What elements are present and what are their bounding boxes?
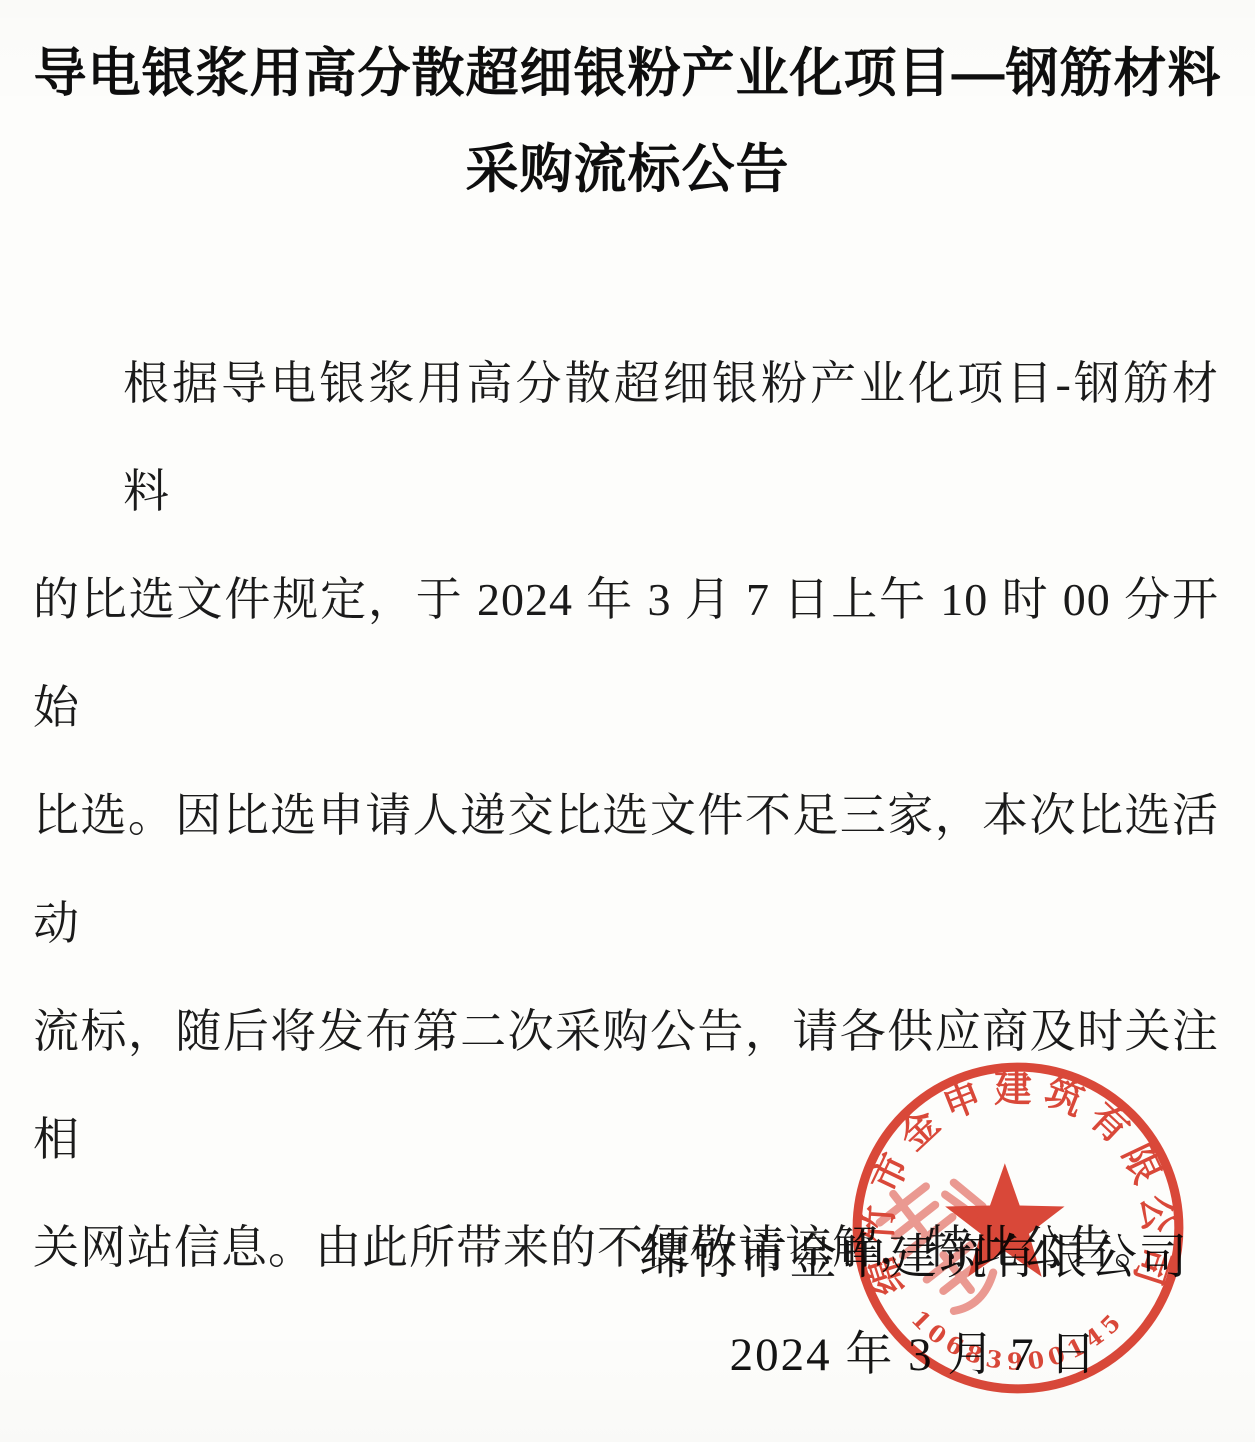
issue-date: 2024 年 3 月 7 日: [639, 1317, 1189, 1384]
body-line: 根据导电银浆用高分散超细银粉产业化项目-钢筋材料: [33, 330, 1219, 546]
company-name: 绵竹市金申建筑有限公司: [639, 1218, 1189, 1287]
body-line: 的比选文件规定，于 2024 年 3 月 7 日上午 10 时 00 分开始: [33, 546, 1219, 762]
doc-title-line2: 采购流标公告: [10, 122, 1245, 218]
signature-block: 绵竹市金申建筑有限公司 2024 年 3 月 7 日: [639, 1218, 1189, 1384]
document-page: 导电银浆用高分散超细银粉产业化项目—钢筋材料 采购流标公告 根据导电银浆用高分散…: [0, 0, 1255, 1442]
document-title: 导电银浆用高分散超细银粉产业化项目—钢筋材料 采购流标公告: [10, 26, 1245, 218]
body-line: 比选。因比选申请人递交比选文件不足三家，本次比选活动: [33, 762, 1219, 978]
body-paragraph: 根据导电银浆用高分散超细银粉产业化项目-钢筋材料 的比选文件规定，于 2024 …: [33, 330, 1219, 1302]
body-line: 流标，随后将发布第二次采购公告，请各供应商及时关注相: [33, 978, 1219, 1194]
doc-title-line1: 导电银浆用高分散超细银粉产业化项目—钢筋材料: [10, 26, 1245, 122]
